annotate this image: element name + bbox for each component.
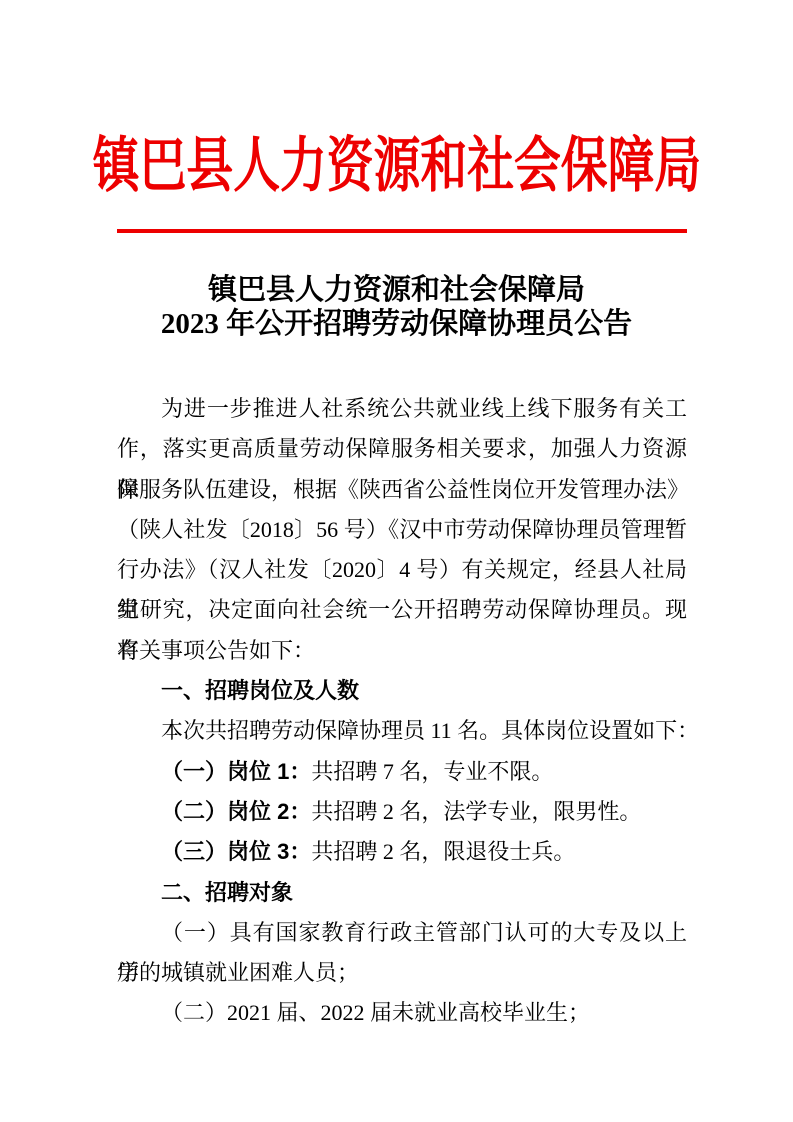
position-item: （一）岗位 1：共招聘 7 名，专业不限。 [117,752,687,792]
intro-line: 有关事项公告如下： [117,631,687,671]
position-detail: 共招聘 2 名，法学专业，限男性。 [311,799,641,824]
section1-heading: 一、招聘岗位及人数 [117,671,687,711]
section1-summary: 本次共招聘劳动保障协理员 11 名。具体岗位设置如下： [117,711,687,751]
document-title-line2: 2023 年公开招聘劳动保障协理员公告 [0,307,793,341]
position-item: （二）岗位 2：共招聘 2 名，法学专业，限男性。 [117,792,687,832]
position-detail: 共招聘 2 名，限退役士兵。 [311,839,575,864]
position-label: （二）岗位 2： [161,799,311,824]
letterhead: 镇巴县人力资源和社会保障局 [0,133,793,199]
position-detail: 共招聘 7 名，专业不限。 [311,759,553,784]
target-item2: （二）2021 届、2022 届未就业高校毕业生； [117,993,687,1033]
document-body: 为进一步推进人社系统公共就业线上线下服务有关工 作，落实更高质量劳动保障服务相关… [117,389,687,1034]
document-title: 镇巴县人力资源和社会保障局 2023 年公开招聘劳动保障协理员公告 [0,273,793,341]
target-item1-line: 历的城镇就业困难人员； [117,953,687,993]
document-title-line1: 镇巴县人力资源和社会保障局 [0,273,793,307]
intro-line: 障服务队伍建设，根据《陕西省公益性岗位开发管理办法》 [117,470,687,510]
letterhead-divider [117,229,687,233]
intro-line: 行办法》（汉人社发〔2020〕4 号）有关规定，经县人社局党 [117,550,687,590]
position-label: （一）岗位 1： [161,759,311,784]
document-page: 镇巴县人力资源和社会保障局 镇巴县人力资源和社会保障局 2023 年公开招聘劳动… [0,0,793,1122]
letterhead-org-name: 镇巴县人力资源和社会保障局 [92,133,700,199]
intro-line: 作，落实更高质量劳动保障服务相关要求，加强人力资源保 [117,429,687,469]
intro-line: 组研究，决定面向社会统一公开招聘劳动保障协理员。现将 [117,590,687,630]
position-item: （三）岗位 3：共招聘 2 名，限退役士兵。 [117,832,687,872]
target-item1-line: （一）具有国家教育行政主管部门认可的大专及以上学 [117,913,687,953]
intro-line: 为进一步推进人社系统公共就业线上线下服务有关工 [117,389,687,429]
section2-heading: 二、招聘对象 [117,873,687,913]
position-label: （三）岗位 3： [161,839,311,864]
intro-line: （陕人社发〔2018〕56 号）《汉中市劳动保障协理员管理暂 [117,510,687,550]
